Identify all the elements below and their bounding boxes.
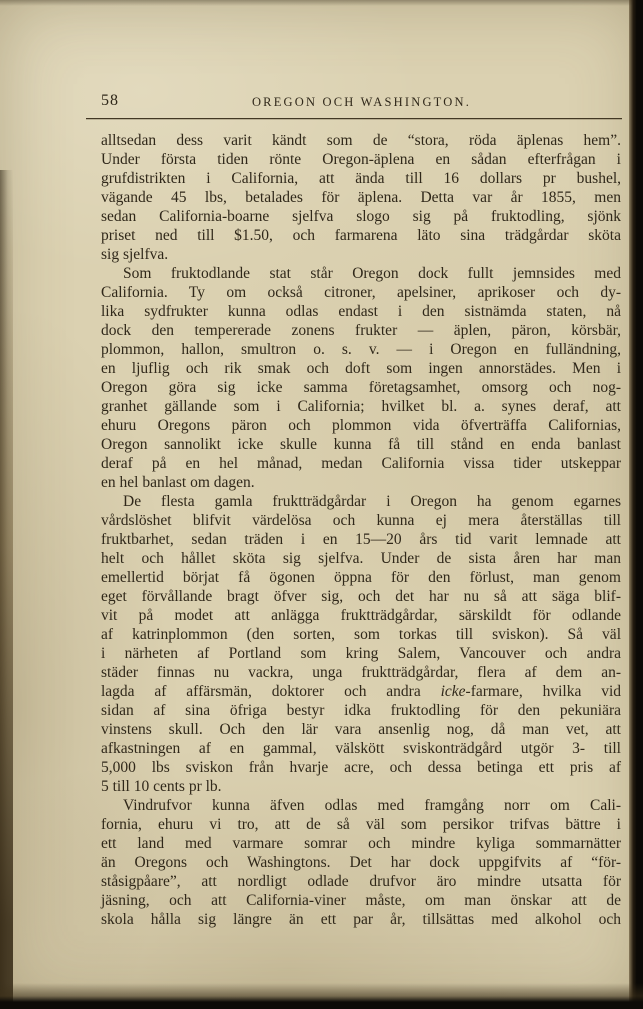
text-line: sidan af sina öfriga bestyr idka fruktod… [101, 701, 621, 720]
text-line: Oregon sannolikt icke skulle kunna få ti… [101, 435, 621, 454]
text-line: i närheten af Portland som kring Salem, … [101, 644, 621, 663]
text-line: dock den tempererade zonens frukter — äp… [101, 321, 621, 340]
text-line: vinstens skull. Och den lär vara ansenli… [101, 720, 621, 739]
page-edge-right [629, 0, 643, 1009]
text-line: alltsedan dess varit kändt som de “stora… [101, 131, 621, 150]
page-edge-left [0, 170, 13, 1009]
text-line: eget förvållande bragt öfver sig, och de… [101, 587, 621, 606]
text-line: vägande 45 lbs, betalades för äplena. De… [101, 188, 621, 207]
text-line: lika sydfrukter kunna odlas endast i den… [101, 302, 621, 321]
text-line: lagda af affärsmän, doktorer och andra i… [101, 682, 621, 701]
text-line: fruktbarhet, sedan träden i en 15—20 års… [101, 530, 621, 549]
text-line: afkastningen af en gammal, välskött svis… [101, 739, 621, 758]
running-title: OREGON OCH WASHINGTON. [101, 95, 622, 110]
text-line: en hel banlast om dagen. [101, 473, 621, 492]
page-edge-bottom [0, 983, 643, 1009]
text-line: en ljuflig och rik smak och doft som ing… [101, 359, 621, 378]
text-line: Som fruktodlande stat står Oregon dock f… [101, 264, 621, 283]
text-line: ståsigpåare”, att nordligt odlade drufvo… [101, 872, 621, 891]
text-line: California. Ty om också citroner, apelsi… [101, 283, 621, 302]
text-line: plommon, hallon, smultron o. s. v. — i O… [101, 340, 621, 359]
text-line: De flesta gamla fruktträdgårdar i Oregon… [101, 492, 621, 511]
text-line: jäsning, och att California-viner måste,… [101, 891, 621, 910]
text-line: fornia, ehuru vi tro, att de så väl som … [101, 815, 621, 834]
text-line: vit på modet att anlägga fruktträdgårdar… [101, 606, 621, 625]
text-line: grufdistrikten i California, att ända ti… [101, 169, 621, 188]
text-line: af katrinplommon (den sorten, som torkas… [101, 625, 621, 644]
text-line: ehuru Oregons päron och plommon vida öfv… [101, 416, 621, 435]
text-line: vårdslöshet blifvit värdelösa och kunna … [101, 511, 621, 530]
body-text-block: alltsedan dess varit kändt som de “stora… [101, 131, 621, 929]
running-head: 58 OREGON OCH WASHINGTON. [101, 92, 622, 114]
text-line: 5,000 lbs sviskon från hvarje acre, och … [101, 758, 621, 777]
text-line: priset ned till $1.50, och farmarena lät… [101, 226, 621, 245]
header-rule [86, 118, 622, 119]
text-line: sig sjelfva. [101, 245, 621, 264]
text-line: Oregon göra sig icke samma företagsamhet… [101, 378, 621, 397]
text-line: Vindrufvor kunna äfven odlas med framgån… [101, 796, 621, 815]
page-edge-top [0, 0, 643, 6]
text-line: helt och hållet sköta sig sjelfva. Under… [101, 549, 621, 568]
text-line: 5 till 10 cents pr lb. [101, 777, 621, 796]
text-line: granhet gällande som i California; hvilk… [101, 397, 621, 416]
italic-text: icke [441, 683, 466, 700]
text-line: än Oregons och Washingtons. Det har dock… [101, 853, 621, 872]
text-line: städer finnas nu vackra, unga fruktträdg… [101, 663, 621, 682]
text-line: emellertid börjat få ögonen öppna för de… [101, 568, 621, 587]
text-line: ett land med varmare somrar och mindre k… [101, 834, 621, 853]
text-line: deraf på en hel månad, medan California … [101, 454, 621, 473]
text-line: sedan California-boarne sjelfva slogo si… [101, 207, 621, 226]
text-line: skola hålla sig längre än ett par år, ti… [101, 910, 621, 929]
scanned-book-page: 58 OREGON OCH WASHINGTON. alltsedan dess… [0, 0, 643, 1009]
text-line: Under första tiden rönte Oregon-äplena e… [101, 150, 621, 169]
